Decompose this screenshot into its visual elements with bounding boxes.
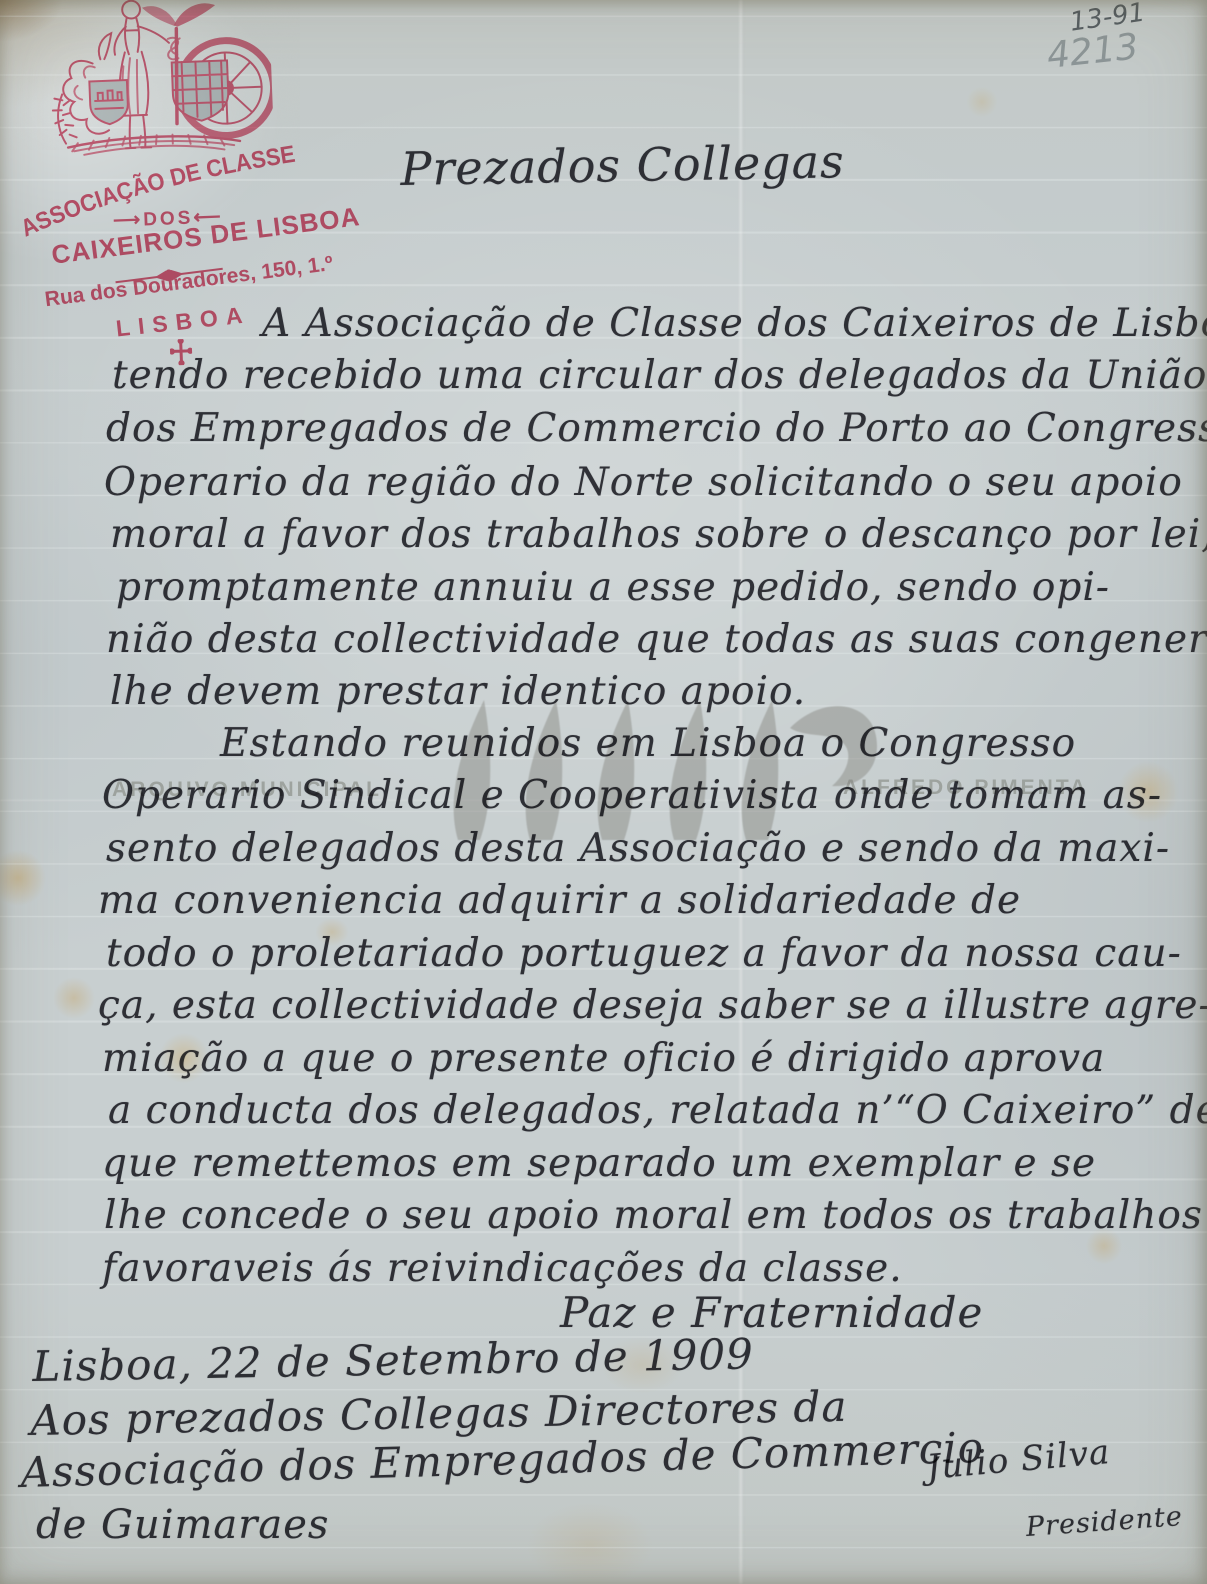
handwritten-line: que remettemos em separado um exemplar e… [102, 1140, 1096, 1188]
handwritten-line: Operario da região do Norte solicitando … [104, 459, 1183, 507]
handwritten-line: Estando reunidos em Lisboa o Congresso [220, 720, 1076, 768]
pencil-annotation-bottom: 4213 [1045, 26, 1140, 76]
handwritten-line: miação a que o presente oficio é dirigid… [102, 1035, 1105, 1083]
handwritten-line: promptamente annuiu a esse pedido, sendo… [116, 564, 1110, 612]
handwritten-line: a conducta dos delegados, relatada n’“O … [108, 1087, 1207, 1135]
handwritten-line: nião desta collectividade que todas as s… [106, 616, 1207, 664]
handwritten-line: todo o proletariado portuguez a favor da… [106, 930, 1182, 978]
closing-formula: Paz e Fraternidade [560, 1288, 983, 1337]
handwritten-line: sento delegados desta Associação e sendo… [106, 825, 1170, 873]
stamp-city: LISBOA [115, 301, 252, 342]
place-date-line: Lisboa, 22 de Setembro de 1909 [32, 1329, 754, 1391]
handwritten-line: lhe concede o seu apoio moral em todos o… [104, 1192, 1203, 1240]
handwritten-line: tendo recebido uma circular dos delegado… [112, 352, 1207, 400]
handwritten-line: favoraveis ás reivindicações da classe. [102, 1245, 903, 1293]
handwritten-line: dos Empregados de Commercio do Porto ao … [106, 405, 1207, 453]
addressee-line: de Guimaraes [36, 1502, 329, 1548]
salutation: Prezados Collegas [400, 134, 845, 196]
handwritten-line: Operario Sindical e Cooperativista onde … [102, 772, 1162, 820]
handwritten-line: moral a favor dos trabalhos sobre o desc… [110, 511, 1207, 559]
handwritten-line: A Associação de Classe dos Caixeiros de … [262, 300, 1207, 348]
handwritten-line: ça, esta collectividade deseja saber se … [98, 982, 1207, 1030]
handwritten-line: ma conveniencia adquirir a solidariedade… [98, 877, 1021, 925]
handwritten-line: lhe devem prestar identico apoio. [110, 668, 806, 716]
signature-title: Presidente [1025, 1501, 1184, 1543]
scanned-letter-page: ARQUIVO MUNICIPAL ALFREDO PIMENTA [0, 0, 1207, 1584]
